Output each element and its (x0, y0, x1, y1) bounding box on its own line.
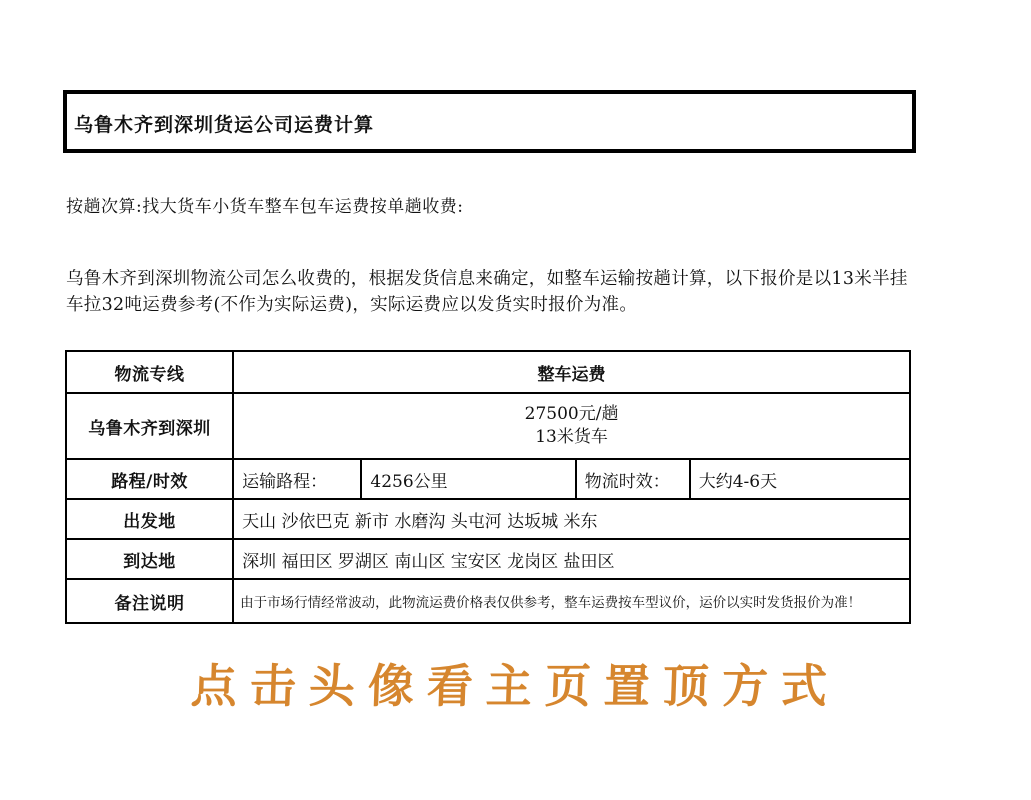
price-per-trip: 27500元/趟 (234, 403, 909, 426)
cell-price: 27500元/趟 13米货车 (233, 393, 910, 459)
table-row-destination: 到达地 深圳 福田区 罗湖区 南山区 宝安区 龙岗区 盐田区 (66, 539, 910, 579)
description-paragraph: 乌鲁木齐到深圳物流公司怎么收费的，根据发货信息来确定，如整车运输按趟计算，以下报… (66, 266, 922, 318)
footer-cta-text: 点击头像看主页置顶方式 (0, 650, 1031, 716)
cell-transit-value: 大约4-6天 (690, 459, 910, 499)
table-row-logistics-line: 物流专线 整车运费 (66, 351, 910, 393)
table-row-origin: 出发地 天山 沙依巴克 新市 水磨沟 头屯河 达坂城 米东 (66, 499, 910, 539)
row-header-distance-time: 路程/时效 (66, 459, 233, 499)
cell-destination-districts: 深圳 福田区 罗湖区 南山区 宝安区 龙岗区 盐田区 (233, 539, 910, 579)
truck-size: 13米货车 (234, 426, 909, 449)
intro-line: 按趟次算:找大货车小货车整车包车运费按单趟收费: (66, 192, 463, 217)
cell-full-truck-freight: 整车运费 (233, 351, 910, 393)
row-header-origin: 出发地 (66, 499, 233, 539)
table-row-route-price: 乌鲁木齐到深圳 27500元/趟 13米货车 (66, 393, 910, 459)
title-box: 乌鲁木齐到深圳货运公司运费计算 (63, 90, 916, 153)
cell-remarks: 由于市场行情经常波动，此物流运费价格表仅供参考，整车运费按车型议价，运价以实时发… (233, 579, 910, 623)
row-header-remarks: 备注说明 (66, 579, 233, 623)
freight-price-table: 物流专线 整车运费 乌鲁木齐到深圳 27500元/趟 13米货车 路程/时效 运… (65, 350, 911, 624)
row-header-logistics-line: 物流专线 (66, 351, 233, 393)
row-header-route: 乌鲁木齐到深圳 (66, 393, 233, 459)
row-header-destination: 到达地 (66, 539, 233, 579)
table-row-distance-time: 路程/时效 运输路程： 4256公里 物流时效： 大约4-6天 (66, 459, 910, 499)
document-page: 乌鲁木齐到深圳货运公司运费计算 按趟次算:找大货车小货车整车包车运费按单趟收费:… (0, 0, 1031, 800)
cell-distance-value: 4256公里 (361, 459, 575, 499)
cell-distance-label: 运输路程： (233, 459, 361, 499)
table-row-remarks: 备注说明 由于市场行情经常波动，此物流运费价格表仅供参考，整车运费按车型议价，运… (66, 579, 910, 623)
cell-origin-districts: 天山 沙依巴克 新市 水磨沟 头屯河 达坂城 米东 (233, 499, 910, 539)
page-title: 乌鲁木齐到深圳货运公司运费计算 (67, 107, 374, 137)
cell-transit-label: 物流时效： (576, 459, 690, 499)
